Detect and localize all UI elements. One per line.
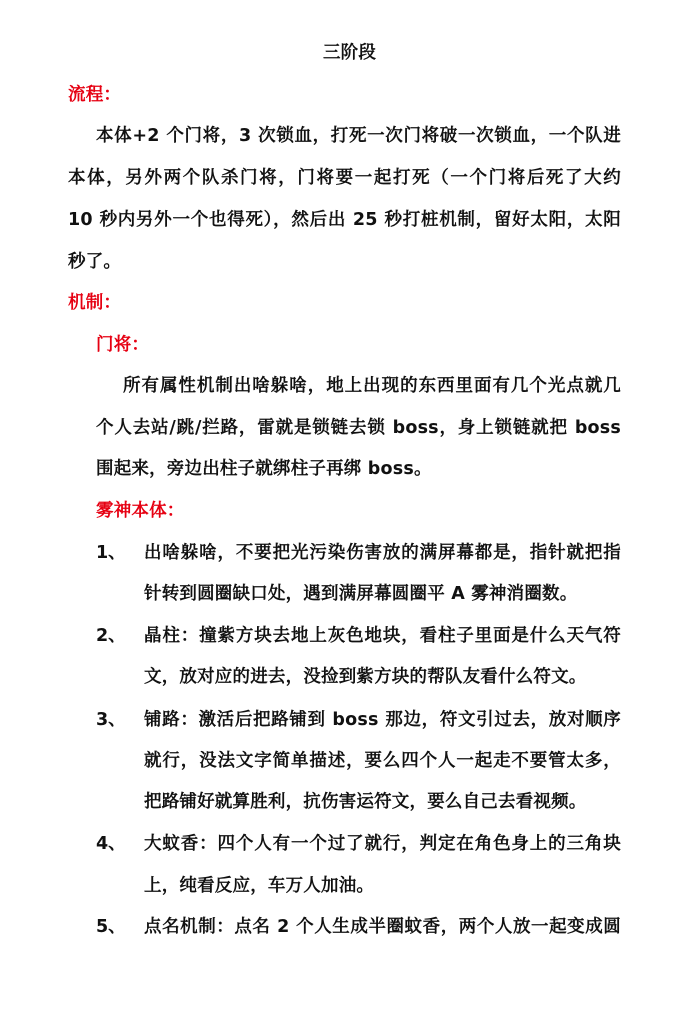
flow-line-4: 秒了。 bbox=[68, 250, 121, 274]
item-2-line-1: 晶柱：撞紫方块去地上灰色地块，看柱子里面是什么天气符 bbox=[144, 624, 621, 648]
fog-god-heading: 雾神本体： bbox=[96, 499, 185, 523]
mechanics-heading: 机制： bbox=[68, 291, 121, 315]
item-4-line-1: 大蚊香：四个人有一个过了就行，判定在角色身上的三角块 bbox=[144, 832, 621, 856]
list-number-5: 5、 bbox=[96, 915, 126, 939]
gatekeeper-line-3: 围起来，旁边出柱子就绑柱子再绑 boss。 bbox=[96, 457, 432, 481]
list-number-3: 3、 bbox=[96, 708, 126, 732]
flow-line-2: 本体，另外两个队杀门将，门将要一起打死（一个门将后死了大约 bbox=[68, 166, 621, 190]
item-3-line-2: 就行，没法文字简单描述，要么四个人一起走不要管太多， bbox=[144, 749, 621, 773]
item-4-line-2: 上，纯看反应，车万人加油。 bbox=[144, 874, 374, 898]
item-5-line-1: 点名机制：点名 2 个人生成半圈蚊香，两个人放一起变成圆 bbox=[144, 915, 621, 939]
item-3-line-1: 铺路：激活后把路铺到 boss 那边，符文引过去，放对顺序 bbox=[144, 708, 621, 732]
item-2-line-2: 文，放对应的进去，没捡到紫方块的帮队友看什么符文。 bbox=[144, 665, 587, 689]
gatekeeper-line-2: 个人去站/跳/拦路，雷就是锁链去锁 boss，身上锁链就把 boss bbox=[96, 416, 621, 440]
document-page: 三阶段 流程： 本体+2 个门将，3 次锁血，打死一次门将破一次锁血，一个队进 … bbox=[0, 0, 699, 1009]
gatekeeper-line-1: 所有属性机制出啥躲啥，地上出现的东西里面有几个光点就几 bbox=[123, 374, 621, 398]
item-1-line-1: 出啥躲啥，不要把光污染伤害放的满屏幕都是，指针就把指 bbox=[144, 541, 621, 565]
flow-heading: 流程： bbox=[68, 83, 121, 107]
gatekeeper-heading: 门将： bbox=[96, 333, 149, 357]
item-3-line-3: 把路铺好就算胜利，抗伤害运符文，要么自己去看视频。 bbox=[144, 790, 587, 814]
item-1-line-2: 针转到圆圈缺口处，遇到满屏幕圆圈平 A 雾神消圈数。 bbox=[144, 582, 577, 606]
list-number-1: 1、 bbox=[96, 541, 126, 565]
list-number-4: 4、 bbox=[96, 832, 126, 856]
document-title: 三阶段 bbox=[0, 41, 699, 65]
list-number-2: 2、 bbox=[96, 624, 126, 648]
flow-line-3: 10 秒内另外一个也得死），然后出 25 秒打桩机制，留好太阳，太阳 bbox=[68, 208, 621, 232]
flow-line-1: 本体+2 个门将，3 次锁血，打死一次门将破一次锁血，一个队进 bbox=[96, 124, 621, 148]
